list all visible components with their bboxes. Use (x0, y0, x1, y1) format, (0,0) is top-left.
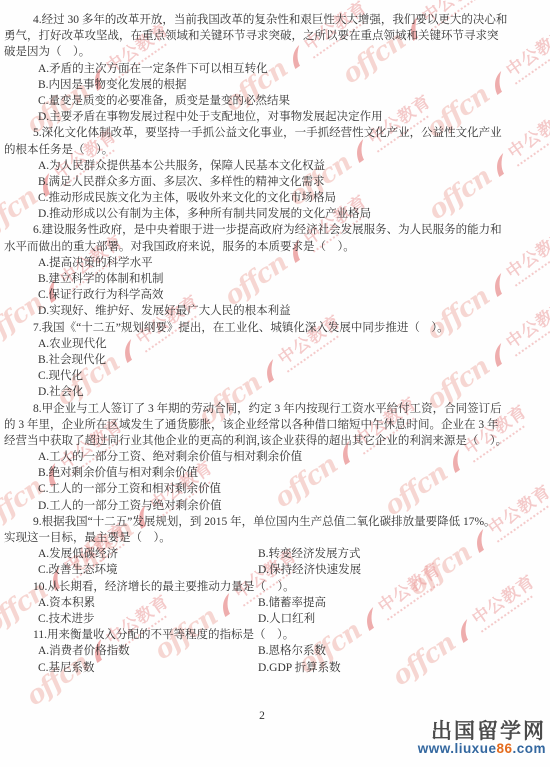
option-row: C.技术进步 D.人口红利 (4, 611, 547, 627)
question-line: 的 3 年里，企业所在区域发生了通货膨胀，该企业经常以各种借口缩短中午休息时间。… (4, 417, 547, 433)
option-line: D.主要矛盾在事物发展过程中处于支配地位，对事物发展起决定作用 (4, 109, 547, 125)
option-row: A.消费者价格指数 B.恩格尔系数 (4, 643, 547, 659)
option-cell: B.转变经济发展方式 (258, 546, 361, 562)
question-line: 破是因为（ ）。 (4, 44, 547, 60)
option-row: C.基尼系数 D.GDP 折算系数 (4, 660, 547, 676)
option-cell: D.人口红利 (258, 611, 315, 627)
option-line: B.社会现代化 (4, 352, 547, 368)
option-line: D.推动形成以公有制为主体，多种所有制共同发展的文化产业格局 (4, 206, 547, 222)
exam-content: 4.经过 30 多年的改革开放，当前我国改革的复杂性和艰巨性大大增强，我们要以更… (4, 12, 547, 676)
option-line: C.工人的一部分工资和相对剩余价值 (4, 481, 547, 497)
question-line: 水平而做出的重大部署。对我国政府来说，服务的本质要求是（ ）。 (4, 239, 547, 255)
option-row: A.发展低碳经济 B.转变经济发展方式 (4, 546, 547, 562)
option-line: A.农业现代化 (4, 336, 547, 352)
option-row: C.改善生态环境 D.保持经济快速发展 (4, 562, 547, 578)
option-line: B.建立科学的体制和机制 (4, 271, 547, 287)
option-cell: A.资本积累 (38, 597, 95, 609)
option-cell: D.保持经济快速发展 (258, 562, 361, 578)
question-line: 7.我国《“十二五”规划纲要》提出，在工业化、城镇化深入发展中同步推进（ ）。 (4, 320, 547, 336)
option-cell: D.GDP 折算系数 (258, 660, 341, 676)
option-cell: A.消费者价格指数 (38, 645, 130, 657)
option-cell: B.恩格尔系数 (258, 643, 326, 659)
question-line: 8.甲企业与工人签订了 3 年期的劳动合同，约定 3 年内按现行工资水平给付工资… (4, 401, 547, 417)
option-line: A.提高决策的科学水平 (4, 255, 547, 271)
question-line: 4.经过 30 多年的改革开放，当前我国改革的复杂性和艰巨性大大增强，我们要以更… (4, 12, 547, 28)
question-line: 的根本任务是（ ）。 (4, 142, 547, 158)
option-line: C.量变是质变的必要准备，质变是量变的必然结果 (4, 93, 547, 109)
option-line: C.保证行政行为科学高效 (4, 287, 547, 303)
option-cell: B.储蓄率提高 (258, 595, 326, 611)
option-cell: C.基尼系数 (38, 662, 95, 674)
option-line: B.内因是事物变化发展的根据 (4, 77, 547, 93)
site-url-tld: .com (512, 741, 546, 756)
question-line: 勇气，打好改革攻坚战，在重点领域和关键环节寻求突破，之所以要在重点领域和关键环节… (4, 28, 547, 44)
question-line: 6.建设服务性政府，是中央着眼于进一步提高政府为经济社会发展服务、为人民服务的能… (4, 222, 547, 238)
question-line: 5.深化文化体制改革，要坚持一手抓公益文化事业，一手抓经营性文化产业，公益性文化… (4, 125, 547, 141)
option-line: A.工人的一部分工资、绝对剩余价值与相对剩余价值 (4, 449, 547, 465)
option-line: D.社会化 (4, 384, 547, 400)
option-line: A.矛盾的主次方面在一定条件下可以相互转化 (4, 61, 547, 77)
question-line: 10.从长期看，经济增长的最主要推动力量是（ ）。 (4, 579, 547, 595)
option-line: B.满足人民群众多方面、多层次、多样性的精神文化需求 (4, 174, 547, 190)
option-row: A.资本积累 B.储蓄率提高 (4, 595, 547, 611)
option-cell: A.发展低碳经济 (38, 548, 118, 560)
question-line: 9.根据我国“十二五”发展规划，到 2015 年，单位国内生产总值二氧化碳排放量… (4, 514, 547, 530)
question-line: 11.用来衡量收入分配的不平等程度的指标是（ ）。 (4, 627, 547, 643)
question-line: 经营当中获取了超过同行业其他企业的更高的利润,该企业获得的超出其它企业的利润来源… (4, 433, 547, 449)
option-cell: C.改善生态环境 (38, 564, 118, 576)
site-url-number: 86 (496, 741, 512, 756)
site-logo: 出国留学网 www.liuxue86.com (418, 719, 546, 756)
option-cell: C.技术进步 (38, 613, 95, 625)
option-line: A.为人民群众提供基本公共服务，保障人民基本文化权益 (4, 158, 547, 174)
document-page: offcn中公教育offcn中公教育offcn中公教育offcn中公教育offc… (0, 0, 550, 767)
option-line: D.工人的一部分工资与绝对剩余价值 (4, 498, 547, 514)
site-url: www.liuxue86.com (418, 742, 546, 756)
site-url-prefix: www.liuxue (418, 741, 497, 756)
option-line: D.实现好、维护好、发展好最广大人民的根本利益 (4, 303, 547, 319)
option-line: B.绝对剩余价值与相对剩余价值 (4, 465, 547, 481)
question-line: 实现这一目标，最主要是（ ）。 (4, 530, 547, 546)
option-line: C.现代化 (4, 368, 547, 384)
option-line: C.推动形成民族文化为主体，吸收外来文化的文化市场格局 (4, 190, 547, 206)
